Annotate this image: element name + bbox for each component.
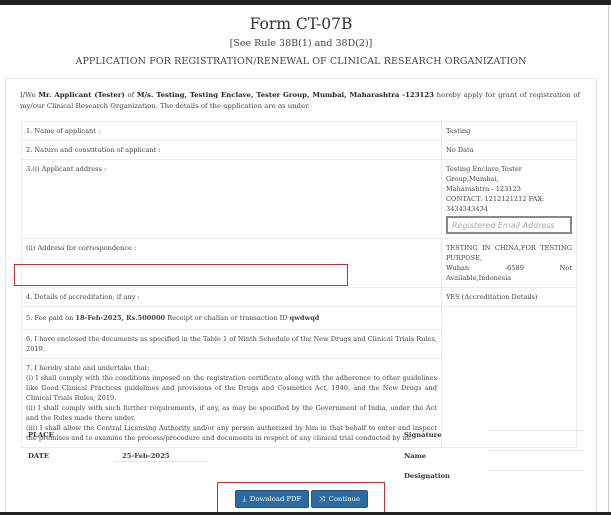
signature-label: Signature: [404, 431, 442, 439]
place-label: PLACE: [28, 431, 54, 439]
name-label: 1. Name of applicant :: [22, 122, 442, 141]
form-header: Form CT-07B [See Rule 38B(1) and 38D(2)]…: [0, 14, 602, 68]
transaction-id: qwdwqd: [290, 314, 320, 322]
table-row: 4. Details of accreditation, if any : YE…: [22, 288, 577, 307]
name-value: Testing: [442, 122, 577, 141]
undertaking-i: (i) I shall comply with the conditions i…: [26, 373, 437, 403]
documents-statement: 6. I have enclosed the documents as spec…: [22, 330, 442, 359]
form-title: Form CT-07B: [0, 14, 602, 34]
empty-value-cell: [442, 307, 577, 448]
registered-email-field[interactable]: Registered Email Address: [446, 216, 572, 234]
intro-paragraph: I/We Mr. Applicant (Tester) of M/s. Test…: [20, 90, 580, 112]
download-icon: ⤓: [243, 495, 246, 504]
intro-prefix: I/We: [20, 91, 38, 99]
organization-address: M/s. Testing, Testing Enclave, Tester Gr…: [137, 91, 434, 99]
fee-mid: Receipt or challan or transaction ID: [165, 314, 289, 322]
signature-line: [488, 430, 584, 431]
accreditation-label: 4. Details of accreditation, if any :: [22, 288, 442, 307]
nature-label: 2. Nature and constitution of applicant …: [22, 141, 442, 160]
download-pdf-button[interactable]: ⤓ Download PDF: [235, 490, 309, 508]
address-line-1: Testing Enclave,Tester Group,Mumbai,: [446, 164, 572, 184]
download-pdf-label: Download PDF: [250, 495, 301, 503]
continue-label: Continue: [329, 495, 360, 503]
designation-line: [488, 470, 584, 471]
nature-value: No Data: [442, 141, 577, 160]
intro-of: of: [125, 91, 137, 99]
table-row: 2. Nature and constitution of applicant …: [22, 141, 577, 160]
application-details-table: 1. Name of applicant : Testing 2. Nature…: [21, 121, 577, 448]
fee-details: 5. Fee paid on 18-Feb-2025, Rs.500000 Re…: [22, 307, 442, 330]
undertaking: 7. I hereby state and undertake that: (i…: [22, 359, 442, 448]
correspondence-line-2: Wuhan -6589 Not Available,Indonesia: [446, 263, 572, 283]
accreditation-value: YES (Accreditation Details): [442, 288, 577, 307]
table-row: 1. Name of applicant : Testing: [22, 122, 577, 141]
date-label: DATE: [28, 452, 49, 460]
place-line: [114, 430, 208, 431]
name-line: [488, 450, 584, 451]
correspondence-value: TESTING IN CHINA,FOR TESTING PURPOSE, Wu…: [442, 239, 577, 288]
undertaking-ii: (ii) I shall comply with such further re…: [26, 403, 437, 423]
address-line-2: Maharashtra - 123123: [446, 184, 572, 194]
date-line: [114, 461, 208, 462]
correspondence-label: (ii) Address for correspondence :: [22, 239, 442, 288]
address-value: Testing Enclave,Tester Group,Mumbai, Mah…: [442, 160, 577, 239]
table-row: (ii) Address for correspondence : TESTIN…: [22, 239, 577, 288]
fee-date-amount: 18-Feb-2025, Rs.500000: [75, 314, 165, 322]
shuffle-icon: ⤨: [319, 495, 325, 504]
correspondence-line-1: TESTING IN CHINA,FOR TESTING PURPOSE,: [446, 243, 572, 263]
undertaking-iii: (iii) I shall allow the Central Licensin…: [26, 423, 437, 443]
table-row: 3.(i) Applicant address : Testing Enclav…: [22, 160, 577, 239]
applicant-name: Mr. Applicant (Tester): [38, 91, 124, 99]
table-row: 5. Fee paid on 18-Feb-2025, Rs.500000 Re…: [22, 307, 577, 330]
address-label: 3.(i) Applicant address :: [22, 160, 442, 239]
address-line-3: CONTACT: 1212121212 FAX: 3434343434: [446, 194, 572, 214]
undertaking-heading: 7. I hereby state and undertake that:: [26, 363, 437, 373]
continue-button[interactable]: ⤨ Continue: [311, 490, 368, 508]
rule-reference: [See Rule 38B(1) and 38D(2)]: [0, 37, 602, 50]
date-value: 25-Feb-2025: [122, 452, 170, 460]
name-sign-label: Name: [404, 452, 426, 460]
fee-prefix: 5. Fee paid on: [26, 314, 75, 322]
right-border: [608, 5, 609, 512]
form-subtitle: APPLICATION FOR REGISTRATION/RENEWAL OF …: [0, 55, 602, 68]
designation-label: Designation: [404, 472, 450, 480]
top-border: [0, 0, 611, 5]
